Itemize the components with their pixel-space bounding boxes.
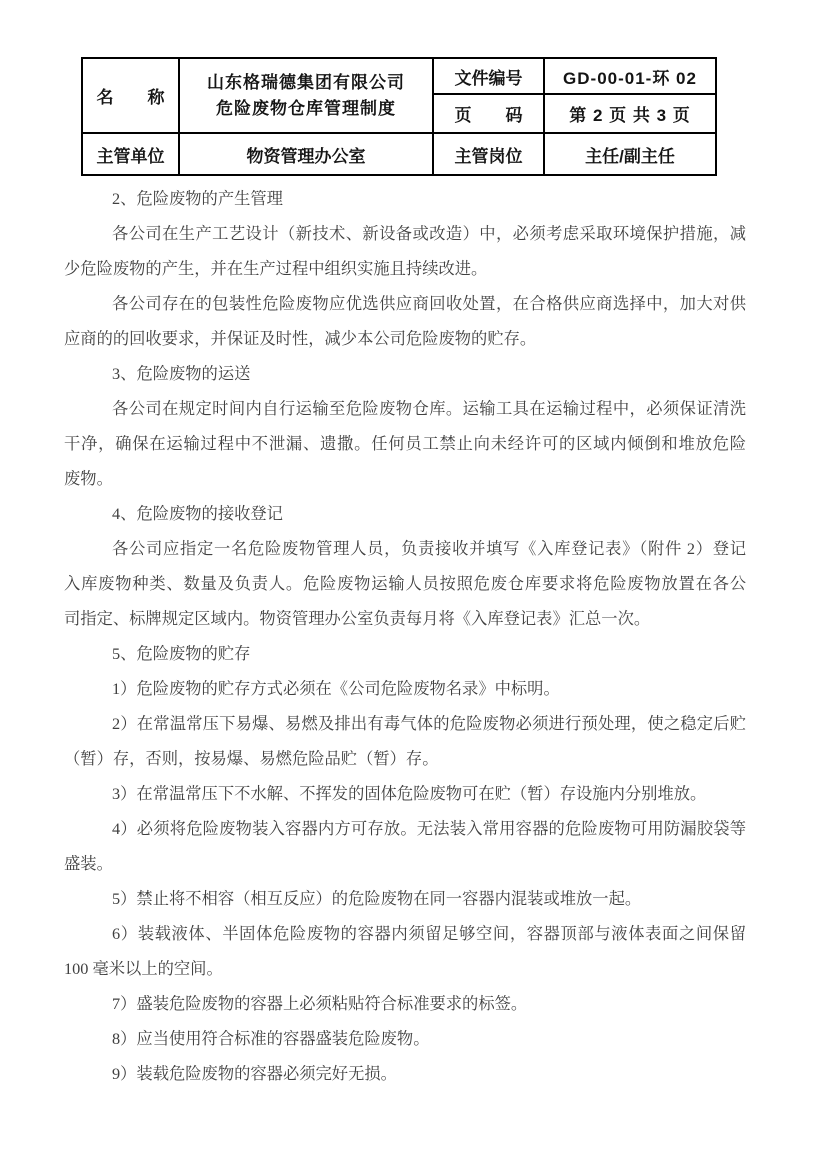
body-line: 司指定、标牌规定区域内。物资管理办公室负责每月将《入库登记表》汇总一次。 [64,601,746,636]
body-line: 100 毫米以上的空间。 [64,951,746,986]
body-line: 5）禁止将不相容（相互反应）的危险废物在同一容器内混装或堆放一起。 [64,881,746,916]
paragraph: 9）装载危险废物的容器必须完好无损。 [64,1056,746,1091]
body-line: 4）必须将危险废物装入容器内方可存放。无法装入常用容器的危险废物可用防漏胶袋等 [64,811,746,846]
body-line: 9）装载危险废物的容器必须完好无损。 [64,1056,746,1091]
body-line: 盛装。 [64,846,746,881]
body-line: 5、危险废物的贮存 [64,636,746,671]
paragraph: 2、危险废物的产生管理 [64,181,746,216]
page-code-value: 第 2 页 共 3 页 [544,94,716,133]
header-table: 名 称 山东格瑞德集团有限公司 危险废物仓库管理制度 文件编号 GD-00-01… [81,57,717,176]
body-line: 3）在常温常压下不水解、不挥发的固体危险废物可在贮（暂）存设施内分别堆放。 [64,776,746,811]
body-line: 3、危险废物的运送 [64,356,746,391]
paragraph: 2）在常温常压下易爆、易燃及排出有毒气体的危险废物必须进行预处理，使之稳定后贮（… [64,706,746,776]
paragraph: 各公司应指定一名危险废物管理人员，负责接收并填写《入库登记表》（附件 2）登记入… [64,531,746,636]
document-body: 2、危险废物的产生管理各公司在生产工艺设计（新技术、新设备或改造）中，必须考虑采… [64,181,746,1091]
body-line: 各公司应指定一名危险废物管理人员，负责接收并填写《入库登记表》（附件 2）登记 [64,531,746,566]
dept-value: 物资管理办公室 [179,133,433,175]
dept-label: 主管单位 [82,133,179,175]
body-line: 少危险废物的产生，并在生产过程中组织实施且持续改进。 [64,251,746,286]
body-line: 6）装载液体、半固体危险废物的容器内须留足够空间，容器顶部与液体表面之间保留 [64,916,746,951]
page-code-label: 页 码 [433,94,544,133]
document-page: 名 称 山东格瑞德集团有限公司 危险废物仓库管理制度 文件编号 GD-00-01… [0,0,827,1169]
document-title: 山东格瑞德集团有限公司 危险废物仓库管理制度 [179,58,433,133]
body-line: 入库废物种类、数量及负责人。危险废物运输人员按照危废仓库要求将危险废物放置在各公 [64,566,746,601]
doc-number-value: GD-00-01-环 02 [544,58,716,94]
body-line: 废物。 [64,461,746,496]
paragraph: 各公司在生产工艺设计（新技术、新设备或改造）中，必须考虑采取环境保护措施，减少危… [64,216,746,286]
paragraph: 各公司在规定时间内自行运输至危险废物仓库。运输工具在运输过程中，必须保证清洗干净… [64,391,746,496]
paragraph: 3、危险废物的运送 [64,356,746,391]
document-title-line1: 山东格瑞德集团有限公司 [180,70,432,96]
body-line: 4、危险废物的接收登记 [64,496,746,531]
body-line: 应商的的回收要求，并保证及时性，减少本公司危险废物的贮存。 [64,321,746,356]
body-line: （暂）存，否则，按易爆、易燃危险品贮（暂）存。 [64,741,746,776]
document-title-line2: 危险废物仓库管理制度 [180,96,432,122]
body-line: 1）危险废物的贮存方式必须在《公司危险废物名录》中标明。 [64,671,746,706]
body-line: 8）应当使用符合标准的容器盛装危险废物。 [64,1021,746,1056]
paragraph: 6）装载液体、半固体危险废物的容器内须留足够空间，容器顶部与液体表面之间保留10… [64,916,746,986]
paragraph: 5、危险废物的贮存 [64,636,746,671]
body-line: 干净，确保在运输过程中不泄漏、遗撒。任何员工禁止向未经许可的区域内倾倒和堆放危险 [64,426,746,461]
body-line: 各公司在规定时间内自行运输至危险废物仓库。运输工具在运输过程中，必须保证清洗 [64,391,746,426]
paragraph: 4、危险废物的接收登记 [64,496,746,531]
paragraph: 各公司存在的包装性危险废物应优选供应商回收处置，在合格供应商选择中，加大对供应商… [64,286,746,356]
body-line: 各公司在生产工艺设计（新技术、新设备或改造）中，必须考虑采取环境保护措施，减 [64,216,746,251]
paragraph: 1）危险废物的贮存方式必须在《公司危险废物名录》中标明。 [64,671,746,706]
body-line: 2、危险废物的产生管理 [64,181,746,216]
name-label: 名 称 [82,58,179,133]
paragraph: 5）禁止将不相容（相互反应）的危险废物在同一容器内混装或堆放一起。 [64,881,746,916]
paragraph: 4）必须将危险废物装入容器内方可存放。无法装入常用容器的危险废物可用防漏胶袋等盛… [64,811,746,881]
body-line: 2）在常温常压下易爆、易燃及排出有毒气体的危险废物必须进行预处理，使之稳定后贮 [64,706,746,741]
body-line: 各公司存在的包装性危险废物应优选供应商回收处置，在合格供应商选择中，加大对供 [64,286,746,321]
paragraph: 7）盛装危险废物的容器上必须粘贴符合标准要求的标签。 [64,986,746,1021]
position-value: 主任/副主任 [544,133,716,175]
position-label: 主管岗位 [433,133,544,175]
paragraph: 3）在常温常压下不水解、不挥发的固体危险废物可在贮（暂）存设施内分别堆放。 [64,776,746,811]
doc-number-label: 文件编号 [433,58,544,94]
paragraph: 8）应当使用符合标准的容器盛装危险废物。 [64,1021,746,1056]
body-line: 7）盛装危险废物的容器上必须粘贴符合标准要求的标签。 [64,986,746,1021]
